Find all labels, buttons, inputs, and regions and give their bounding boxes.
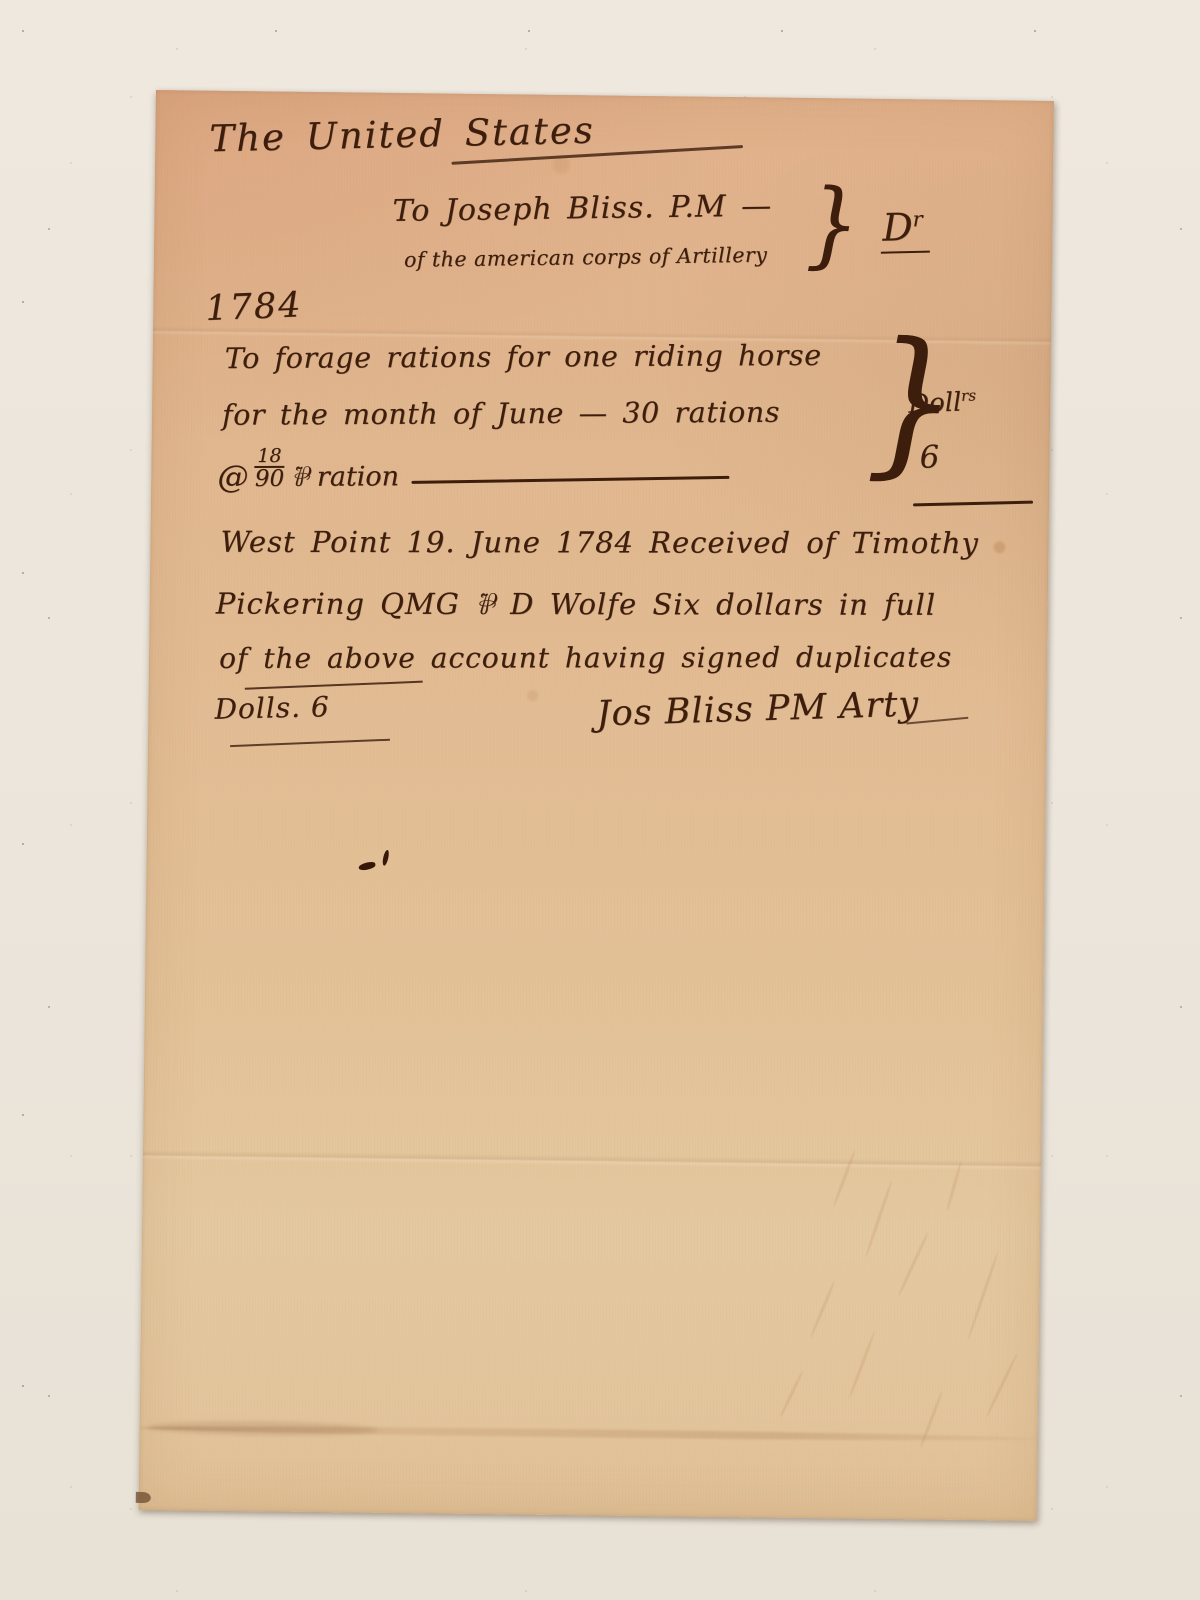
rate-denominator: 90 (254, 468, 284, 491)
receipt-line-2: Pickering QMG ⅌ D Wolfe Six dollars in f… (216, 584, 936, 624)
curly-brace-header: } (805, 177, 860, 273)
amount-underline (913, 501, 1033, 506)
debit-superscript: r (912, 207, 923, 231)
total-line: Dolls. 6 (214, 690, 330, 726)
photo-background: The United States To Joseph Bliss. P.M —… (0, 0, 1200, 1600)
ink-blot (358, 861, 376, 871)
receipt-line-3: of the above account having signed dupli… (219, 641, 952, 675)
currency-label: Dollrs (908, 386, 977, 419)
ruled-dash (411, 476, 729, 483)
charge-line-1: To forage rations for one riding horse (225, 339, 822, 375)
debit-abbreviation: Dr (880, 205, 930, 254)
total-overline (245, 681, 423, 690)
currency-superscript: rs (961, 386, 977, 405)
rate-numerator: 18 (254, 447, 284, 468)
year-label: 1784 (205, 285, 304, 329)
document-paper: The United States To Joseph Bliss. P.M —… (139, 90, 1054, 1521)
total-underline (230, 739, 390, 747)
charge-line-2: for the month of June — 30 rations (222, 396, 780, 432)
receipt-line-1: West Point 19. June 1784 Received of Tim… (220, 525, 978, 560)
currency-word: Doll (908, 388, 962, 420)
paper-corner-chip (136, 1492, 151, 1503)
rate-line: @ 18 90 ⅌ ration (217, 445, 729, 494)
corps-line: of the american corps of Artillery (404, 243, 768, 272)
title-line: The United States (209, 109, 595, 161)
debit-letter: D (882, 205, 913, 250)
fold-crease-middle (143, 1150, 1041, 1171)
fold-crease-smudge (148, 1420, 378, 1437)
at-symbol: @ (217, 462, 248, 493)
total-word: Dolls. (214, 691, 301, 726)
rate-fraction: 18 90 (254, 447, 284, 491)
signature: Jos Bliss PM Arty (596, 684, 920, 734)
amount-value: 6 (919, 439, 940, 476)
rate-unit: ⅌ ration (291, 462, 400, 492)
bleed-through-ghost-writing (769, 1128, 1043, 1451)
total-amount: 6 (310, 690, 330, 723)
payee-line: To Joseph Bliss. P.M — (392, 189, 772, 229)
